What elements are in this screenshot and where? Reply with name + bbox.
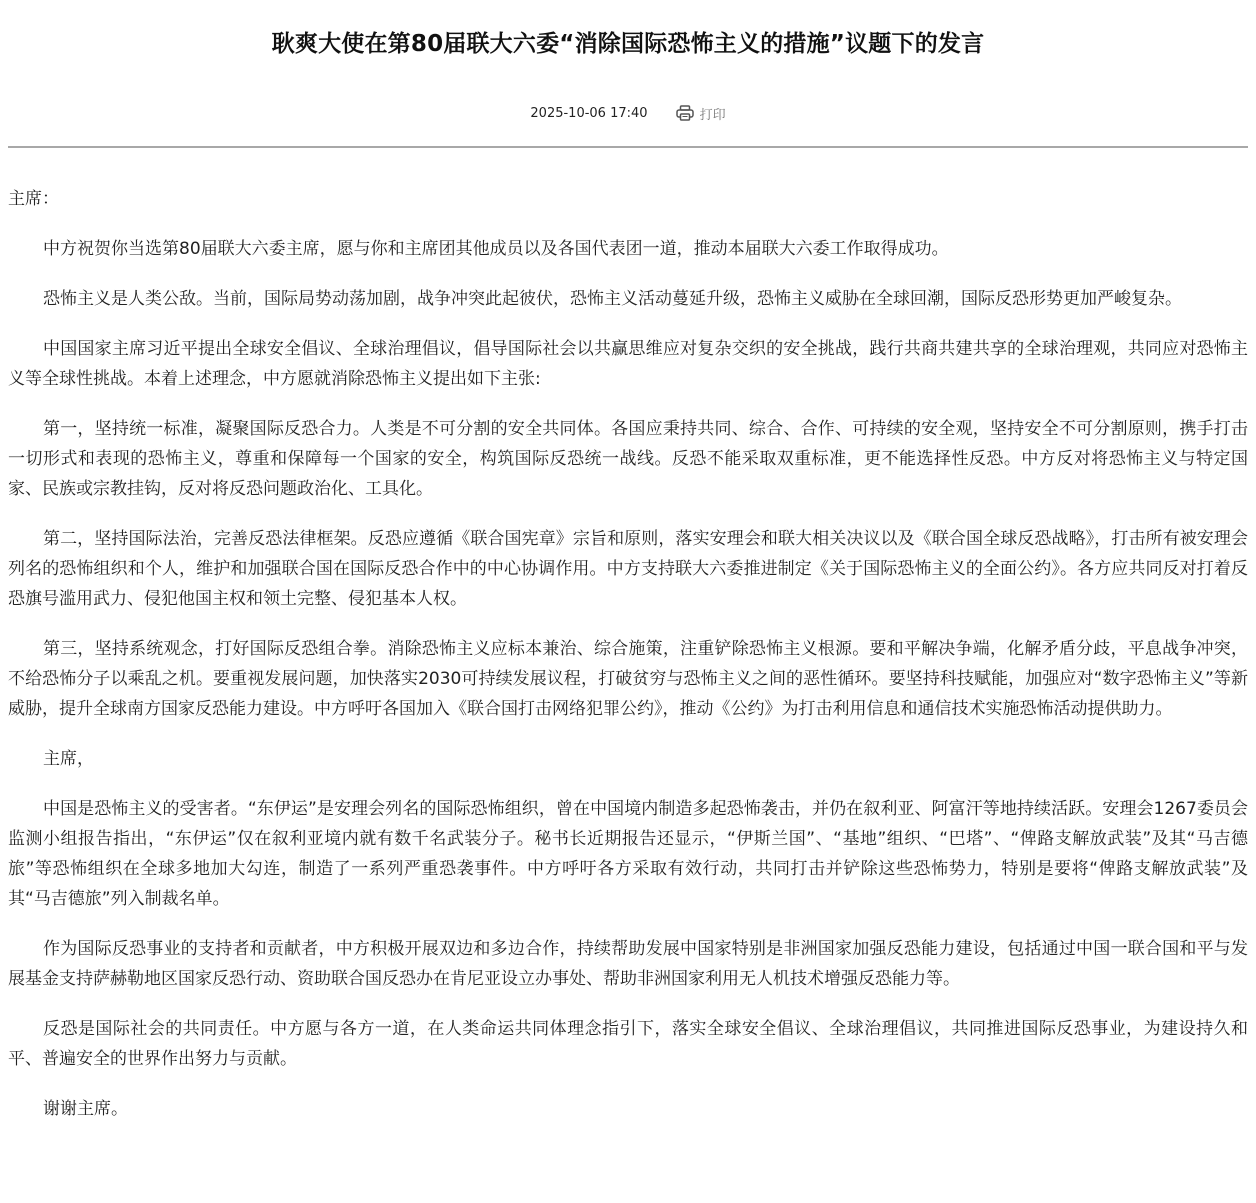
article-page: 耿爽大使在第80届联大六委“消除国际恐怖主义的措施”议题下的发言 2025-10… [0, 0, 1256, 1124]
salutation: 主席： [8, 184, 1248, 214]
paragraph: 第二，坚持国际法治，完善反恐法律框架。反恐应遵循《联合国宪章》宗旨和原则，落实安… [8, 524, 1248, 614]
publish-date: 2025-10-06 17:40 [530, 106, 647, 121]
paragraph: 中国国家主席习近平提出全球安全倡议、全球治理倡议，倡导国际社会以共赢思维应对复杂… [8, 334, 1248, 394]
paragraph: 中国是恐怖主义的受害者。“东伊运”是安理会列名的国际恐怖组织，曾在中国境内制造多… [8, 794, 1248, 914]
print-label: 打印 [700, 104, 726, 123]
article-meta: 2025-10-06 17:40 打印 [8, 102, 1248, 124]
article-body: 主席： 中方祝贺你当选第80届联大六委主席，愿与你和主席团其他成员以及各国代表团… [8, 184, 1248, 1124]
paragraph: 第三，坚持系统观念，打好国际反恐组合拳。消除恐怖主义应标本兼治、综合施策，注重铲… [8, 634, 1248, 724]
paragraph: 主席， [8, 744, 1248, 774]
printer-icon [676, 105, 694, 121]
paragraph: 恐怖主义是人类公敌。当前，国际局势动荡加剧，战争冲突此起彼伏，恐怖主义活动蔓延升… [8, 284, 1248, 314]
paragraph: 中方祝贺你当选第80届联大六委主席，愿与你和主席团其他成员以及各国代表团一道，推… [8, 234, 1248, 264]
print-button[interactable]: 打印 [676, 104, 726, 123]
paragraph: 作为国际反恐事业的支持者和贡献者，中方积极开展双边和多边合作，持续帮助发展中国家… [8, 934, 1248, 994]
paragraph: 第一，坚持统一标准，凝聚国际反恐合力。人类是不可分割的安全共同体。各国应秉持共同… [8, 414, 1248, 504]
title-divider [8, 146, 1248, 148]
article-title: 耿爽大使在第80届联大六委“消除国际恐怖主义的措施”议题下的发言 [8, 0, 1248, 68]
closing: 谢谢主席。 [8, 1094, 1248, 1124]
paragraph: 反恐是国际社会的共同责任。中方愿与各方一道，在人类命运共同体理念指引下，落实全球… [8, 1014, 1248, 1074]
